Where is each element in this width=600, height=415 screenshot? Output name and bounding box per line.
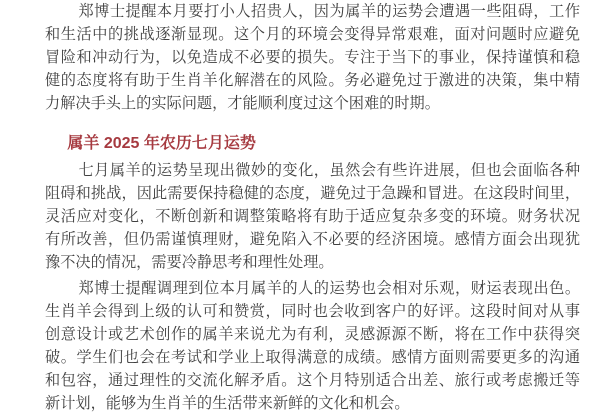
paragraph-optimistic-outlook: 郑博士提醒调理到位本月属羊的人的运势也会相对乐观，财运表现出色。 生肖羊会得到上… xyxy=(45,277,580,400)
text-line: 生肖羊会得到上级的认可和赞赏，同时也会收到客户的好评。这段时间对从事 xyxy=(45,300,580,323)
paragraph-advice-caution: 郑博士提醒本月要打小人招贵人，因为属羊的运势会遭遇一些阻碍，工作 和生活中的挑战… xyxy=(45,0,580,115)
text-line: 和包容，通过理性的交流化解矛盾。这个月特别适合出差、旅行或考虑搬迁等 xyxy=(45,369,580,392)
text-line: 豫不决的情况，需要冷静思考和理性处理。 xyxy=(45,251,580,274)
text-line: 健的态度将有助于生肖羊化解潜在的风险。务必避免过于激进的决策，集中精 xyxy=(45,69,580,92)
text-line: 郑博士提醒本月要打小人招贵人，因为属羊的运势会遭遇一些阻碍，工作 xyxy=(45,0,580,23)
text-line: 阻碍和挑战，因此需要保持稳健的态度，避免过于急躁和冒进。在这段时间里， xyxy=(45,182,580,205)
section-heading-lunar-july-fortune: 属羊 2025 年农历七月运势 xyxy=(45,132,580,155)
text-line: 力解决手头上的实际问题，才能顺利度过这个困难的时期。 xyxy=(45,92,580,115)
text-line: 和生活中的挑战逐渐显现。这个月的环境会变得异常艰难，面对问题时应避免 xyxy=(45,23,580,46)
text-line: 灵活应对变化，不断创新和调整策略将有助于适应复杂多变的环境。财务状况 xyxy=(45,205,580,228)
paragraph-july-fortune: 七月属羊的运势呈现出微妙的变化，虽然会有些许进展，但也会面临各种 阻碍和挑战，因… xyxy=(45,159,580,274)
text-line: 新计划，能够为生肖羊的生活带来新鲜的文化和机会。 xyxy=(45,392,580,400)
text-line: 郑博士提醒调理到位本月属羊的人的运势也会相对乐观，财运表现出色。 xyxy=(45,277,580,300)
text-line: 创意设计或艺术创作的属羊来说尤为有利，灵感源源不断，将在工作中获得突 xyxy=(45,323,580,346)
text-line: 冒险和冲动行为，以免造成不必要的损失。专注于当下的事业，保持谨慎和稳 xyxy=(45,46,580,69)
text-line: 七月属羊的运势呈现出微妙的变化，虽然会有些许进展，但也会面临各种 xyxy=(45,159,580,182)
text-line: 有所改善，但仍需谨慎理财，避免陷入不必要的经济困境。感情方面会出现犹 xyxy=(45,228,580,251)
text-line: 破。学生们也会在考试和学业上取得满意的成绩。感情方面则需要更多的沟通 xyxy=(45,346,580,369)
article-body: 郑博士提醒本月要打小人招贵人，因为属羊的运势会遭遇一些阻碍，工作 和生活中的挑战… xyxy=(45,0,580,400)
